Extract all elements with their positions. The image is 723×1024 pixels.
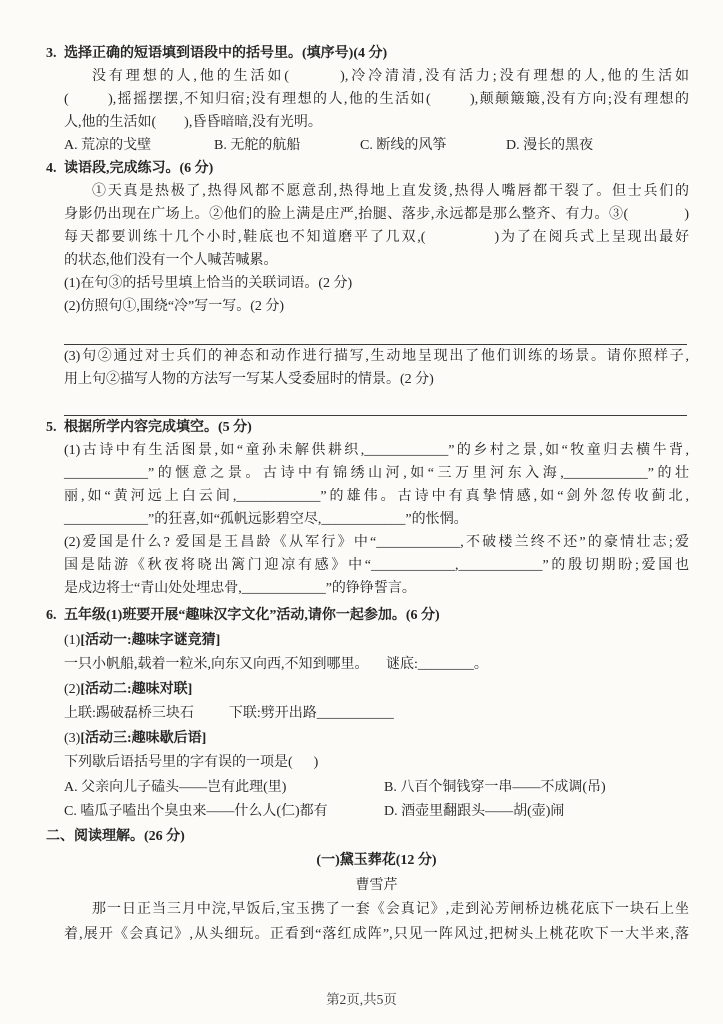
reading-paragraph-line: 那一日正当三月中浣,早饭后,宝玉携了一套《会真记》,走到沁芳闸桥边桃花底下一块石… (64, 898, 689, 923)
q3-options-row: A. 荒凉的戈壁 B. 无舵的航船 C. 断线的风筝 D. 漫长的黑夜 (64, 134, 689, 157)
q4-sub1: (1)在句③的括号里填上恰当的关联词语。(2 分) (64, 272, 689, 295)
q5-title-line: 5.根据所学内容完成填空。(5 分) (64, 416, 689, 439)
section-reading: 二、阅读理解。(26 分) (一)黛玉葬花(12 分) 曹雪芹 那一日正当三月中… (64, 825, 689, 948)
question-4: 4.读语段,完成练习。(6 分) ①天真是热极了,热得风都不愿意刮,热得地上直发… (64, 157, 689, 416)
q6-option-d: D. 酒壶里翻跟头——胡(壶)闹 (384, 800, 564, 825)
q6-activity2-prefix: (2) (64, 682, 80, 697)
q4-passage-line: 身影仍出现在广场上。②他们的脸上满是庄严,抬腿、落步,永远都是那么整齐、有力。③… (64, 203, 689, 226)
exam-page: 3.选择正确的短语填到语段中的括号里。(填序号)(4 分) 没有理想的人,他的生… (0, 0, 723, 1024)
q6-activity3-label: [活动三:趣味歇后语] (80, 731, 206, 746)
exam-content: 3.选择正确的短语填到语段中的括号里。(填序号)(4 分) 没有理想的人,他的生… (0, 0, 723, 947)
reading-paragraph-line: 着,展开《会真记》,从头细玩。正看到“落红成阵”,只见一阵风过,把树头上桃花吹下… (64, 923, 689, 948)
answer-space (64, 391, 689, 415)
question-3: 3.选择正确的短语填到语段中的括号里。(填序号)(4 分) 没有理想的人,他的生… (64, 42, 689, 157)
q4-sub3-line: 用上句②描写人物的方法写一写某人受委屈时的情景。(2 分) (64, 368, 689, 391)
q3-title: 选择正确的短语填到语段中的括号里。(填序号)(4 分) (64, 46, 387, 61)
q3-number: 3. (46, 42, 64, 65)
q6-option-b: B. 八百个铜钱穿一串——不成调(吊) (384, 776, 606, 801)
section2-heading-line: 二、阅读理解。(26 分) (64, 825, 689, 850)
answer-space (64, 318, 689, 344)
q6-activity2-label-line: (2)[活动二:趣味对联] (64, 678, 689, 703)
q5-number: 5. (46, 416, 64, 439)
q4-title: 读语段,完成练习。(6 分) (64, 161, 213, 176)
q5-sub2-line: (2)爱国是什么? 爱国是王昌龄《从军行》中“____________,不破楼兰… (64, 531, 689, 554)
q6-riddle-line: 一只小帆船,载着一粒米,向东又向西,不知到哪里。 谜底:________。 (64, 653, 689, 678)
q6-options-row-1: A. 父亲向儿子磕头——岂有此理(里) B. 八百个铜钱穿一串——不成调(吊) (64, 776, 689, 801)
q6-activity2-label: [活动二:趣味对联] (80, 682, 192, 697)
q3-passage-line: 没有理想的人,他的生活如( ),冷冷清清,没有活力;没有理想的人,他的生活如 (64, 65, 689, 88)
q6-activity1-label: [活动一:趣味字谜竞猜] (80, 633, 220, 648)
q5-sub1-line: ____________”的惬意之景。古诗中有锦绣山河,如“三万里河东入海,__… (64, 462, 689, 485)
q4-sub2: (2)仿照句①,围绕“冷”写一写。(2 分) (64, 295, 689, 318)
q6-activity1-prefix: (1) (64, 633, 80, 648)
q4-number: 4. (46, 157, 64, 180)
q6-number: 6. (46, 604, 64, 629)
q6-option-c: C. 嗑瓜子嗑出个臭虫来——什么人(仁)都有 (64, 800, 384, 825)
question-6: 6.五年级(1)班要开展“趣味汉字文化”活动,请你一起参加。(6 分) (1)[… (64, 600, 689, 825)
section2-heading: 二、阅读理解。(26 分) (46, 829, 185, 844)
q4-passage-line: 每天都要训练十几个小时,鞋底也不知道磨平了几双,( )为了在阅兵式上呈现出最好 (64, 226, 689, 249)
q5-sub2-line: 国是陆游《秋夜将晓出篱门迎凉有感》中“____________,________… (64, 554, 689, 577)
question-5: 5.根据所学内容完成填空。(5 分) (1)古诗中有生活图景,如“童孙未解供耕织… (64, 416, 689, 600)
q3-option-b: B. 无舵的航船 (214, 134, 360, 157)
q6-stem-line: 下列歇后语括号里的字有误的一项是( ) (64, 751, 689, 776)
q6-options-row-2: C. 嗑瓜子嗑出个臭虫来——什么人(仁)都有 D. 酒壶里翻跟头——胡(壶)闹 (64, 800, 689, 825)
q6-activity3-label-line: (3)[活动三:趣味歇后语] (64, 727, 689, 752)
q4-title-line: 4.读语段,完成练习。(6 分) (64, 157, 689, 180)
q5-sub2-line: 是戍边将士“青山处处埋忠骨,____________”的铮铮誓言。 (64, 577, 689, 600)
q4-passage-line: ①天真是热极了,热得风都不愿意刮,热得地上直发烫,热得人嘴唇都干裂了。但士兵们的 (64, 180, 689, 203)
q3-option-d: D. 漫长的黑夜 (506, 134, 593, 157)
q4-passage-line: 的状态,他们没有一个人喊苦喊累。 (64, 249, 689, 272)
q5-sub1-line: 丽,如“黄河远上白云间,____________”的雄伟。古诗中有真挚情感,如“… (64, 485, 689, 508)
q5-title: 根据所学内容完成填空。(5 分) (64, 420, 252, 435)
q6-activity3-prefix: (3) (64, 731, 80, 746)
q4-sub3-line: (3)句②通过对士兵们的神态和动作进行描写,生动地呈现出了他们训练的场景。请你照… (64, 345, 689, 368)
q5-sub1-line: (1)古诗中有生活图景,如“童孙未解供耕织,____________”的乡村之景… (64, 439, 689, 462)
page-footer: 第2页,共5页 (0, 988, 723, 1011)
q5-sub1-line: ____________”的狂喜,如“孤帆远影碧空尽,____________”… (64, 508, 689, 531)
q6-activity1-label-line: (1)[活动一:趣味字谜竞猜] (64, 629, 689, 654)
q6-title-line: 6.五年级(1)班要开展“趣味汉字文化”活动,请你一起参加。(6 分) (64, 604, 689, 629)
q6-couplet-line: 上联:踢破磊桥三块石 下联:劈开出路___________ (64, 702, 689, 727)
reading-passage-title: (一)黛玉葬花(12 分) (64, 849, 689, 874)
q3-title-line: 3.选择正确的短语填到语段中的括号里。(填序号)(4 分) (64, 42, 689, 65)
reading-author: 曹雪芹 (64, 874, 689, 899)
q3-passage-line: ( ),摇摇摆摆,不知归宿;没有理想的人,他的生活如( ),颠颠簸簸,没有方向;… (64, 88, 689, 111)
q3-passage-line: 人,他的生活如( ),昏昏暗暗,没有光明。 (64, 111, 689, 134)
q3-option-a: A. 荒凉的戈壁 (64, 134, 214, 157)
q6-option-a: A. 父亲向儿子磕头——岂有此理(里) (64, 776, 384, 801)
q6-title: 五年级(1)班要开展“趣味汉字文化”活动,请你一起参加。(6 分) (64, 608, 440, 623)
q3-option-c: C. 断线的风筝 (360, 134, 506, 157)
